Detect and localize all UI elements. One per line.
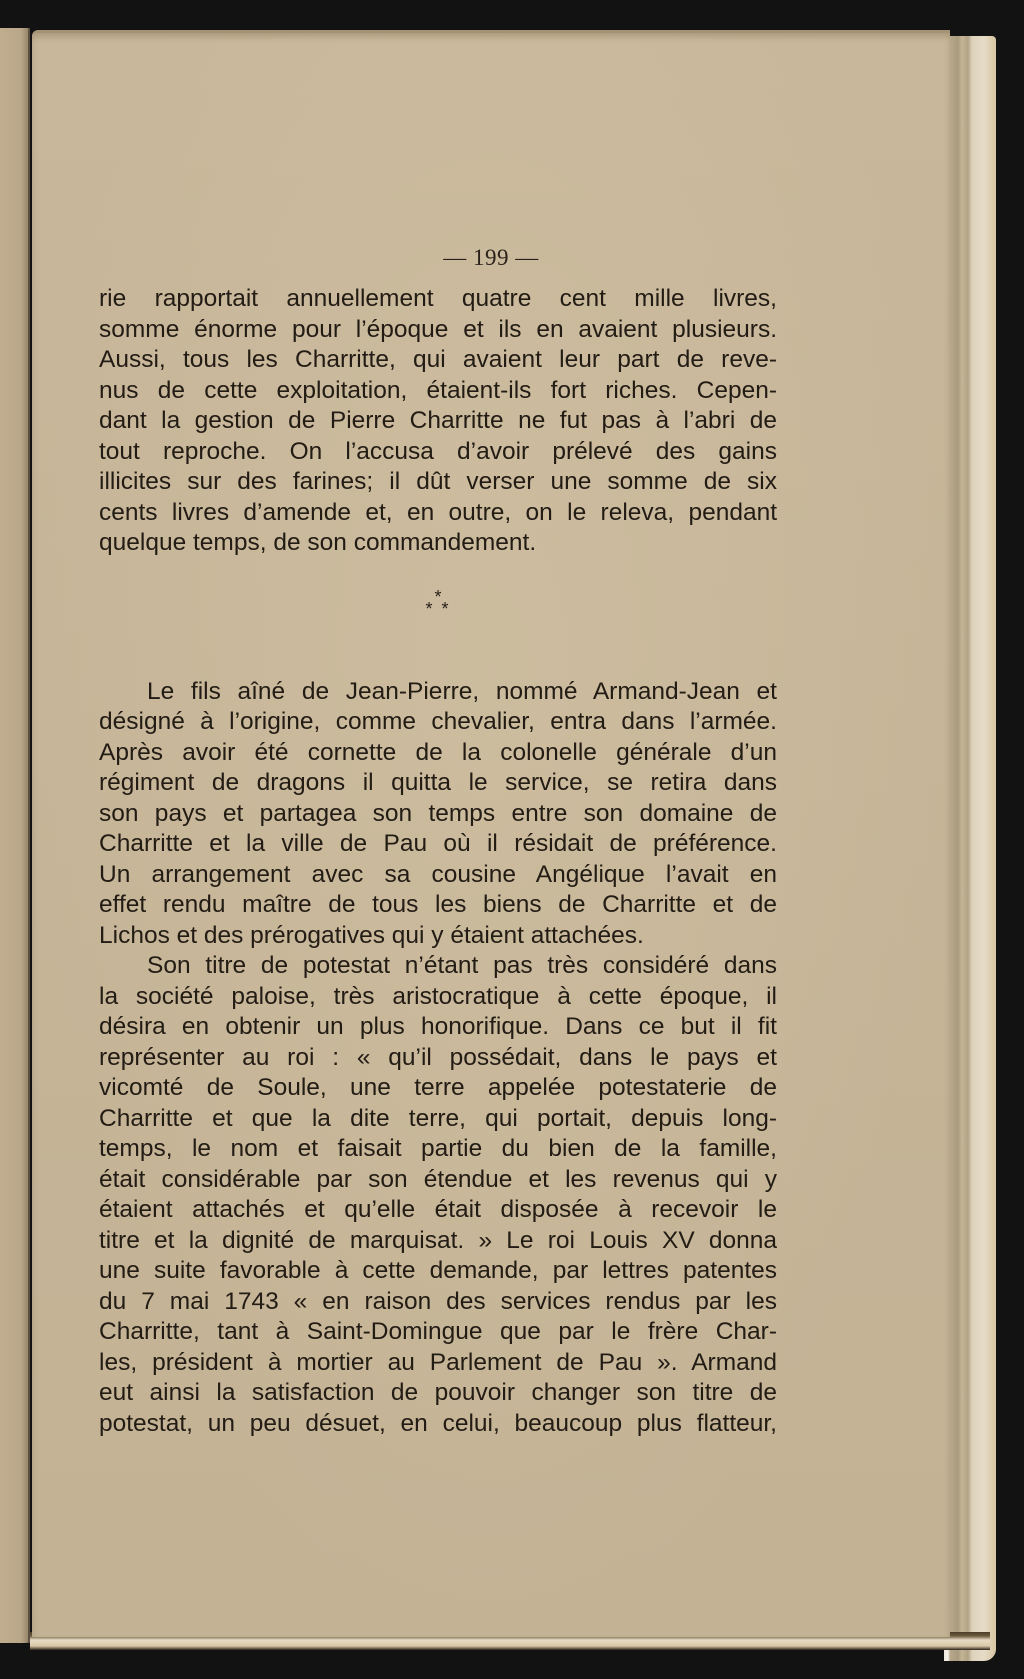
text-line: la société paloise, très aristocratique … [99,982,777,1013]
text-line: cents livres d’amende et, en outre, on l… [99,498,777,529]
facing-page-edge [0,28,30,1643]
text-line: effet rendu maître de tous les biens de … [99,890,777,921]
text-line: vicomté de Soule, une terre appelée pote… [99,1073,777,1104]
paragraph-3: Son titre de potestat n’étant pas très c… [99,951,777,1439]
text-line: Lichos et des prérogatives qui y étaient… [99,921,777,952]
paragraph-2: Le fils aîné de Jean-Pierre, nommé Arman… [99,677,777,952]
text-line: dant la gestion de Pierre Charritte ne f… [99,406,777,437]
text-line: tout reproche. On l’accusa d’avoir préle… [99,437,777,468]
page-body: rie rapportait annuellement quatre cent … [99,284,777,1439]
text-line: Charritte, tant à Saint-Domingue que par… [99,1317,777,1348]
text-line: désira en obtenir un plus honorifique. D… [99,1012,777,1043]
text-line: désigné à l’origine, comme chevalier, en… [99,707,777,738]
text-line: Son titre de potestat n’étant pas très c… [99,951,777,982]
text-line: titre et la dignité de marquisat. » Le r… [99,1226,777,1257]
page-number: — 199 — [32,245,950,271]
text-line: régiment de dragons il quitta le service… [99,768,777,799]
text-line: Après avoir été cornette de la colonelle… [99,738,777,769]
text-line: était considérable par son étendue et le… [99,1165,777,1196]
text-line: rie rapportait annuellement quatre cent … [99,284,777,315]
text-line: illicites sur des farines; il dût verser… [99,467,777,498]
text-line: du 7 mai 1743 « en raison des services r… [99,1287,777,1318]
text-line: une suite favorable à cette demande, par… [99,1256,777,1287]
text-line: Charritte et la ville de Pau où il résid… [99,829,777,860]
text-line: quelque temps, de son commandement. [99,528,777,559]
text-line: son pays et partagea son temps entre son… [99,799,777,830]
text-line: Le fils aîné de Jean-Pierre, nommé Arman… [99,677,777,708]
text-line: Un arrangement avec sa cousine Angélique… [99,860,777,891]
text-line: les, président à mortier au Parlement de… [99,1348,777,1379]
text-line: étaient attachés et qu’elle était dispos… [99,1195,777,1226]
paragraph-1: rie rapportait annuellement quatre cent … [99,284,777,559]
page-stack-edge [944,36,996,1661]
text-line: somme énorme pour l’époque et ils en ava… [99,315,777,346]
text-line: nus de cette exploitation, étaient-ils f… [99,376,777,407]
text-line: eut ainsi la satisfaction de pouvoir cha… [99,1378,777,1409]
text-line: potestat, un peu désuet, en celui, beauc… [99,1409,777,1440]
asterism-bottom-icon: * * [99,603,777,615]
text-line: Aussi, tous les Charritte, qui avaient l… [99,345,777,376]
text-line: représenter au roi : « qu’il possédait, … [99,1043,777,1074]
section-separator-asterism: * * * [99,559,777,677]
text-line: temps, le nom et faisait partie du bien … [99,1134,777,1165]
book-page: — 199 — rie rapportait annuellement quat… [32,30,950,1637]
text-line: Charritte et que la dite terre, qui port… [99,1104,777,1135]
